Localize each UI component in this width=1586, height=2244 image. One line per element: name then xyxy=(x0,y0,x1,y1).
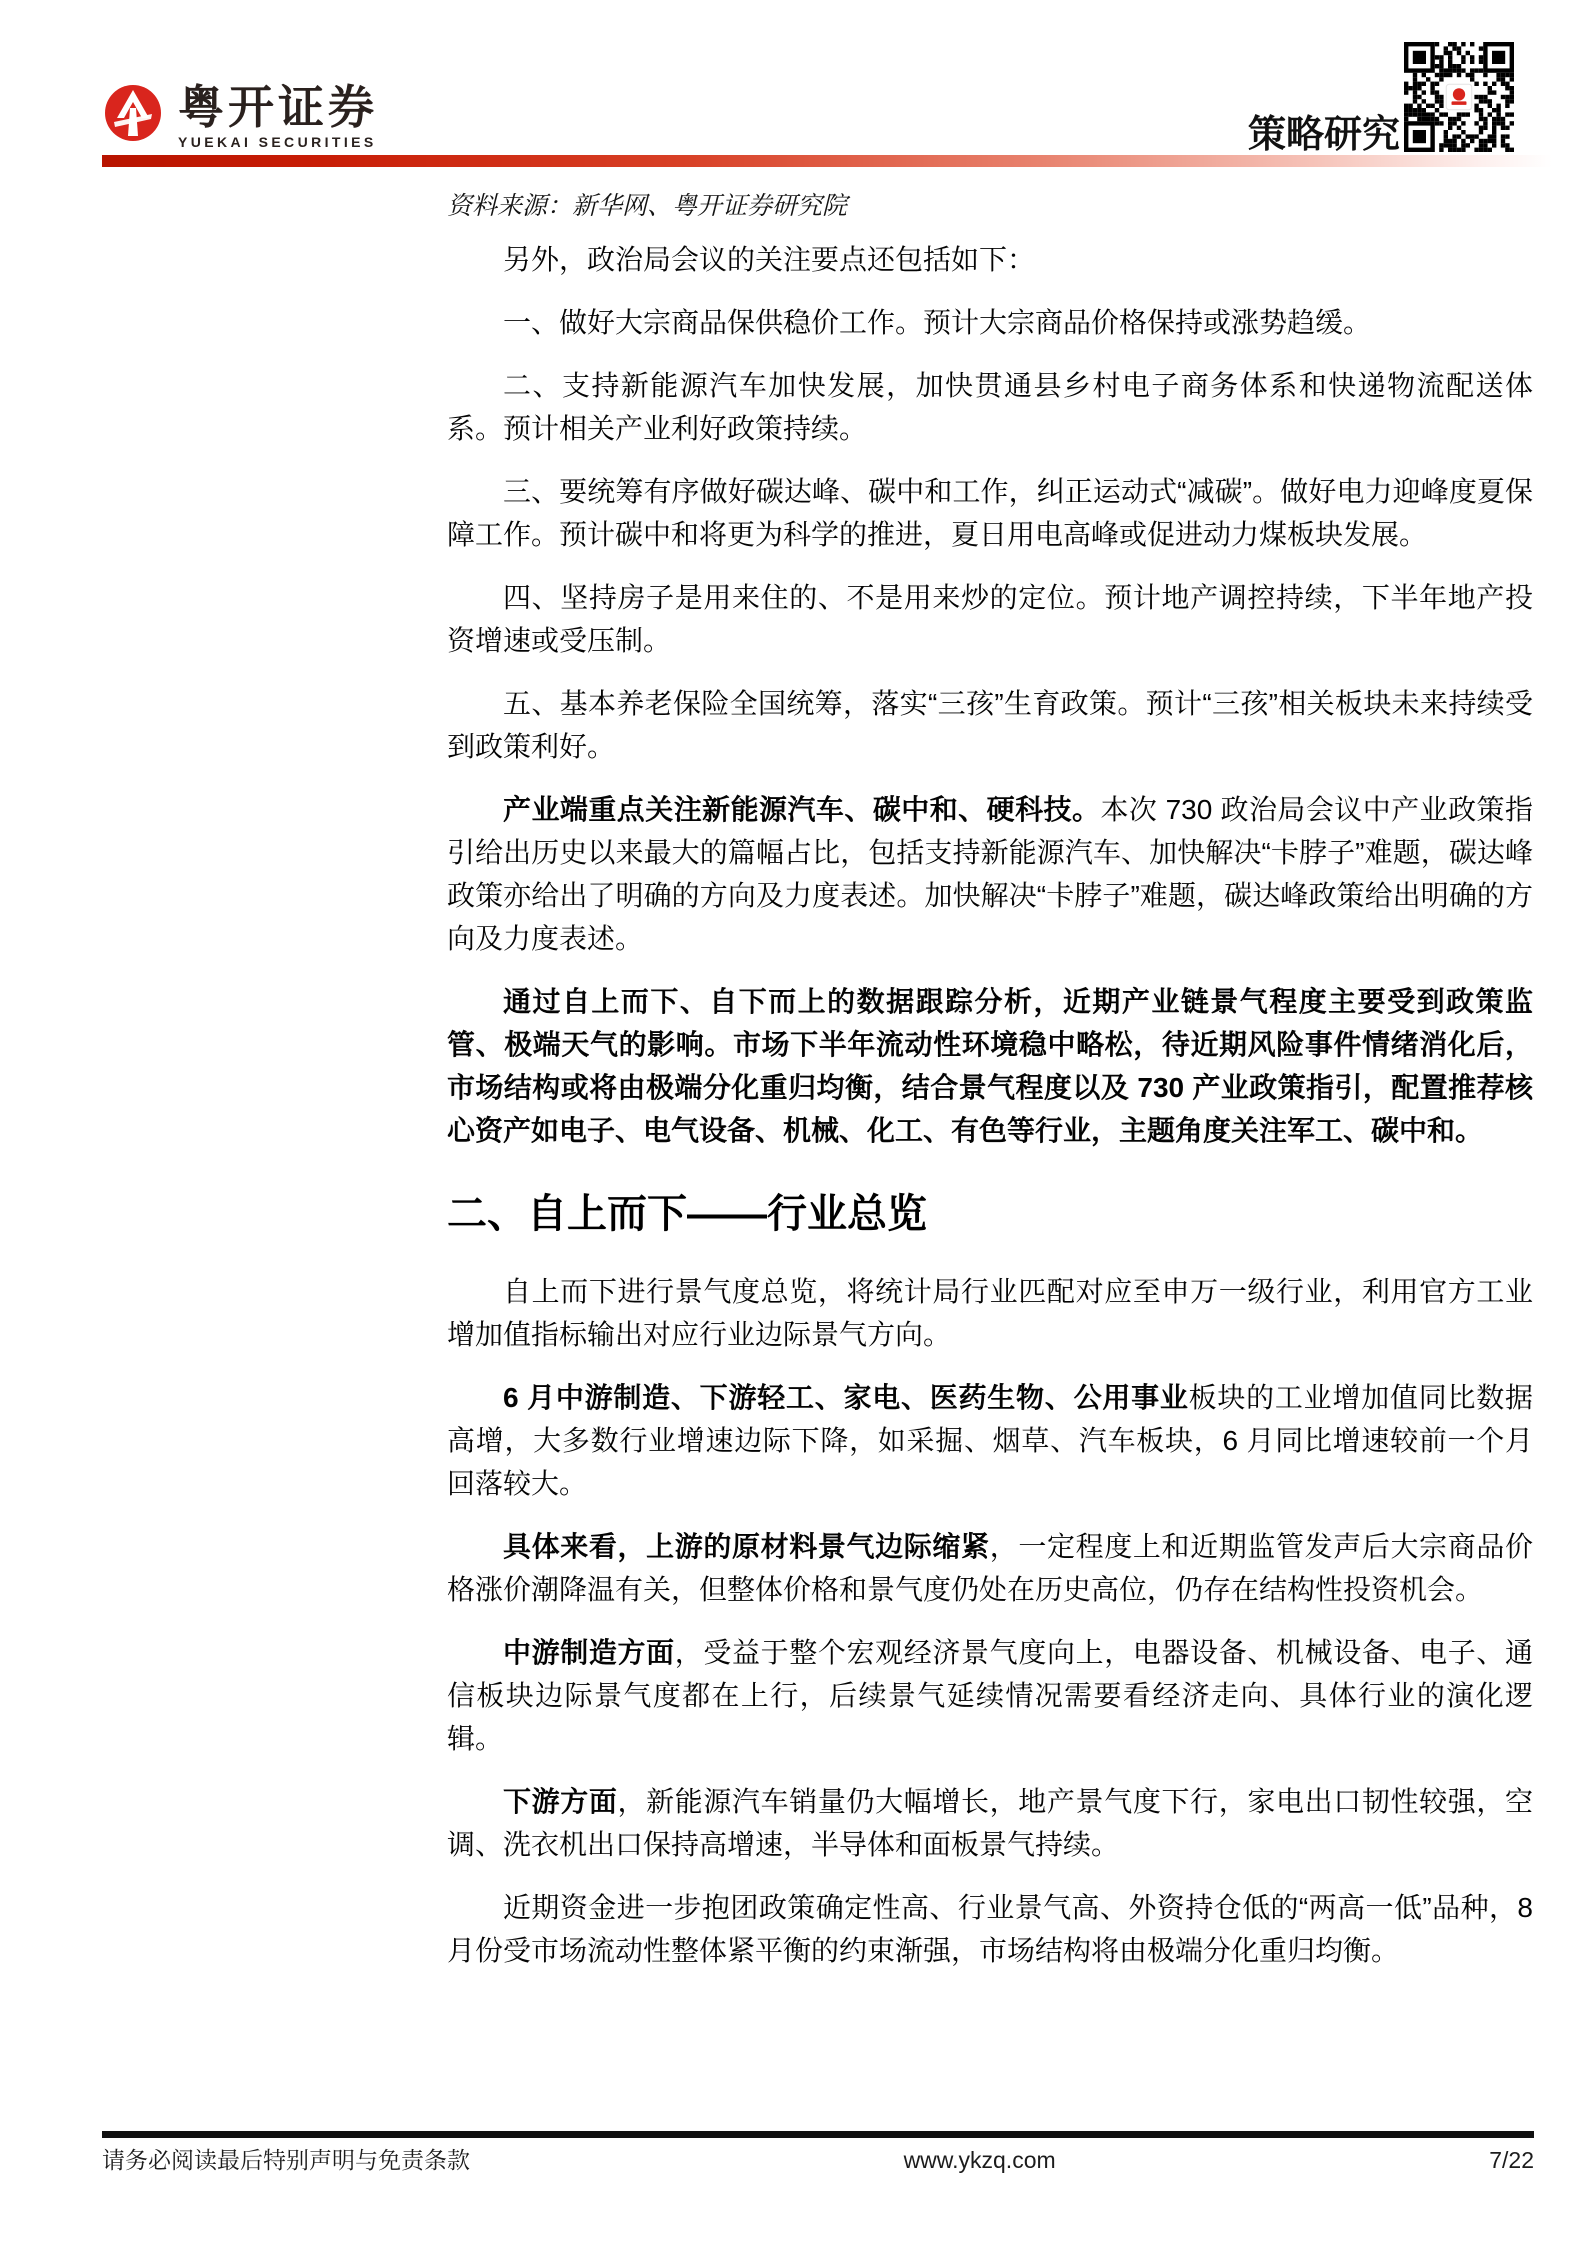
qr-code xyxy=(1404,42,1514,152)
paragraph: 一、做好大宗商品保供稳价工作。预计大宗商品价格保持或涨势趋缓。 xyxy=(447,301,1533,344)
report-body: 资料来源：新华网、粤开证券研究院 另外，政治局会议的关注要点还包括如下： 一、做… xyxy=(447,186,1533,1992)
paragraph: 6 月中游制造、下游轻工、家电、医药生物、公用事业板块的工业增加值同比数据高增，… xyxy=(447,1376,1533,1505)
footer-divider xyxy=(102,2131,1534,2138)
report-page: 粤开证券 YUEKAI SECURITIES 策略研究 资料来源：新华网、粤开证… xyxy=(0,0,1586,2244)
paragraph: 另外，政治局会议的关注要点还包括如下： xyxy=(447,238,1533,281)
section-heading: 二、自上而下——行业总览 xyxy=(447,1188,1533,1240)
footer-website[interactable]: www.ykzq.com xyxy=(904,2147,1056,2174)
footer-disclaimer: 请务必阅读最后特别声明与免责条款 xyxy=(102,2142,470,2175)
paragraph: 二、支持新能源汽车加快发展，加快贯通县乡村电子商务体系和快递物流配送体系。预计相… xyxy=(447,364,1533,450)
paragraph: 中游制造方面，受益于整个宏观经济景气度向上，电器设备、机械设备、电子、通信板块边… xyxy=(447,1631,1533,1760)
company-logo: 粤开证券 YUEKAI SECURITIES xyxy=(104,84,378,150)
paragraph: 通过自上而下、自下而上的数据跟踪分析，近期产业链景气程度主要受到政策监管、极端天… xyxy=(447,980,1533,1152)
paragraph: 四、坚持房子是用来住的、不是用来炒的定位。预计地产调控持续，下半年地产投资增速或… xyxy=(447,576,1533,662)
page-footer: 请务必阅读最后特别声明与免责条款 www.ykzq.com 7/22 xyxy=(102,2142,1534,2175)
page-number: 7/22 xyxy=(1489,2147,1534,2174)
logo-name-cn: 粤开证券 xyxy=(178,84,378,130)
source-note: 资料来源：新华网、粤开证券研究院 xyxy=(447,186,1533,222)
report-category-label: 策略研究 xyxy=(1248,116,1400,154)
paragraph: 具体来看，上游的原材料景气边际缩紧，一定程度上和近期监管发声后大宗商品价格涨价潮… xyxy=(447,1525,1533,1611)
logo-name-en: YUEKAI SECURITIES xyxy=(178,134,378,150)
paragraph: 五、基本养老保险全国统筹，落实“三孩”生育政策。预计“三孩”相关板块未来持续受到… xyxy=(447,682,1533,768)
paragraph: 下游方面，新能源汽车销量仍大幅增长，地产景气度下行，家电出口韧性较强，空调、洗衣… xyxy=(447,1780,1533,1866)
yuekai-logo-icon xyxy=(104,84,162,142)
paragraph: 产业端重点关注新能源汽车、碳中和、硬科技。本次 730 政治局会议中产业政策指引… xyxy=(447,788,1533,960)
paragraph: 近期资金进一步抱团政策确定性高、行业景气高、外资持仓低的“两高一低”品种，8 月… xyxy=(447,1886,1533,1972)
paragraph: 自上而下进行景气度总览，将统计局行业匹配对应至申万一级行业，利用官方工业增加值指… xyxy=(447,1270,1533,1356)
paragraph: 三、要统筹有序做好碳达峰、碳中和工作，纠正运动式“减碳”。做好电力迎峰度夏保障工… xyxy=(447,470,1533,556)
header-divider xyxy=(102,155,1552,167)
